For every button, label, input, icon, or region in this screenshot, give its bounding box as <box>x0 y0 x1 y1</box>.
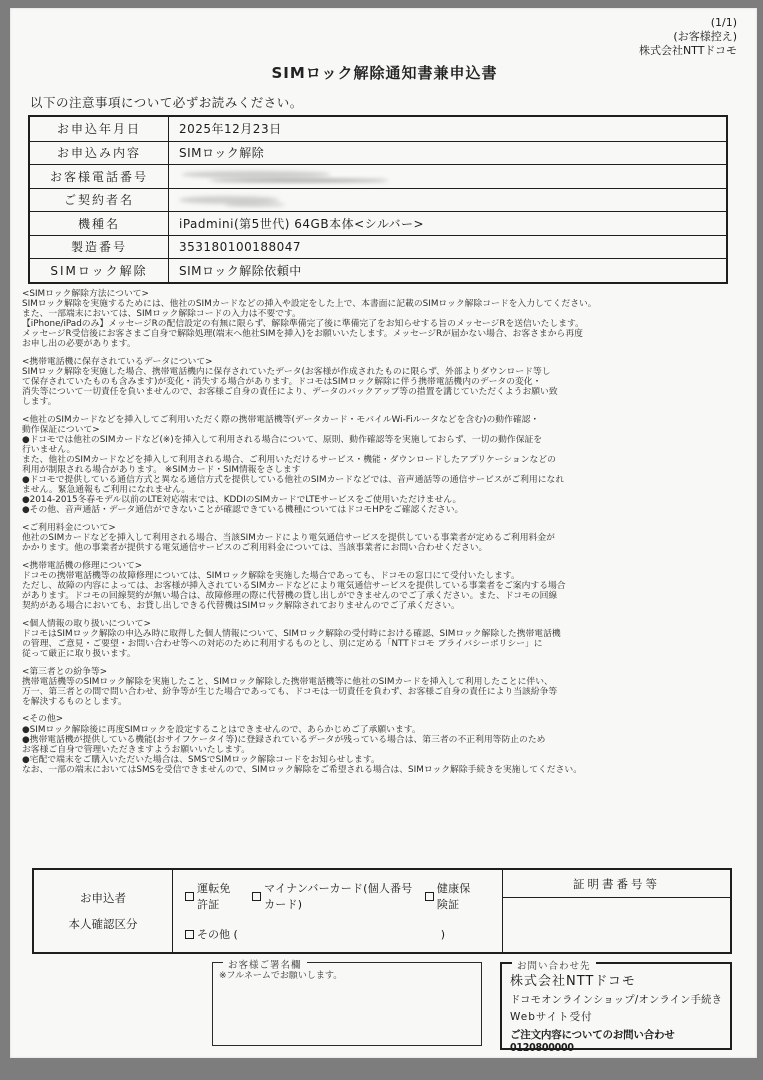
row-label: SIMロック解除 <box>30 259 169 282</box>
signature-box-legend: お客様ご署名欄 <box>223 957 307 971</box>
note-block: <SIMロック解除方法について> SIMロック解除を実施するためには、他社のSI… <box>22 289 743 350</box>
note-block: <携帯電話機の修理について> ドコモの携帯電話機等の故障修理については、SIMロ… <box>22 561 743 611</box>
note-title: <第三者との紛争等> <box>22 667 743 677</box>
redaction-smudge <box>209 179 389 182</box>
row-label: お客様電話番号 <box>30 165 169 188</box>
row-label: 製造番号 <box>30 236 169 259</box>
row-value: 353180100188047 <box>169 236 726 259</box>
document-title: SIMロック解除通知書兼申込書 <box>26 62 743 83</box>
company-name: 株式会社NTTドコモ <box>26 44 737 58</box>
checkbox-icon[interactable] <box>185 892 194 901</box>
note-title: <他社のSIMカードなどを挿入してご利用いただく際の携帯電話機等(データカード・… <box>22 415 743 435</box>
row-label: 機種名 <box>30 212 169 235</box>
table-row: 製造番号 353180100188047 <box>30 235 726 259</box>
row-label: お申込年月日 <box>30 117 169 141</box>
contact-phone: ご注文内容についてのお問い合わせ 0120800000 <box>510 1027 730 1054</box>
note-title: <SIMロック解除方法について> <box>22 289 743 299</box>
note-block: <第三者との紛争等> 携帯電話機等のSIMロック解除を実施したこと、SIMロック… <box>22 667 743 707</box>
contact-box: お問い合わせ先 株式会社NTTドコモ ドコモオンラインショップ/オンライン手続き… <box>500 962 732 1050</box>
applicant-label: お申込者 <box>80 890 126 906</box>
row-value: iPadmini(第5世代) 64GB本体<シルバー> <box>169 212 726 235</box>
certificate-number-header: 証明書番号等 <box>503 870 730 898</box>
contact-method: Webサイト受付 <box>510 1009 730 1024</box>
checkbox-icon[interactable] <box>252 892 261 901</box>
note-body: ドコモはSIMロック解除の申込み時に取得した個人情報について、SIMロック解除の… <box>22 629 743 659</box>
row-value: 2025年12月23日 <box>169 117 726 141</box>
table-row: お申込み内容 SIMロック解除 <box>30 141 726 165</box>
note-body: ドコモの携帯電話機等の故障修理については、SIMロック解除を実施した場合であって… <box>22 571 743 611</box>
row-value: SIMロック解除 <box>169 142 726 165</box>
redaction-smudge <box>181 171 331 178</box>
row-value-redacted <box>169 189 726 212</box>
applicant-label-cell: お申込者 本人確認区分 <box>34 870 173 952</box>
identity-type-label: 本人確認区分 <box>69 916 138 932</box>
page-number: (1/1) <box>26 16 737 30</box>
checkbox-option-drivers-license[interactable]: 運転免許証 <box>185 880 240 912</box>
row-value-redacted <box>169 165 726 188</box>
note-title: <その他> <box>22 714 743 724</box>
note-title: <携帯電話機に保存されているデータについて> <box>22 357 743 367</box>
note-body: 他社のSIMカードなどを挿入して利用される場合、当該SIMカードにより電気通信サ… <box>22 533 743 553</box>
note-title: <個人情報の取り扱いについて> <box>22 619 743 629</box>
identity-verification-table: お申込者 本人確認区分 運転免許証 マイナンバーカード(個人番号カード) 健康保… <box>32 868 732 954</box>
checkbox-icon[interactable] <box>185 930 194 939</box>
contact-box-legend: お問い合わせ先 <box>512 958 596 972</box>
checkbox-icon[interactable] <box>425 892 434 901</box>
note-block: <他社のSIMカードなどを挿入してご利用いただく際の携帯電話機等(データカード・… <box>22 415 743 516</box>
note-body: SIMロック解除を実施するためには、他社のSIMカードなどの挿入や設定をした上で… <box>22 299 743 349</box>
table-row: 機種名 iPadmini(第5世代) 64GB本体<シルバー> <box>30 211 726 235</box>
application-table: お申込年月日 2025年12月23日 お申込み内容 SIMロック解除 お客様電話… <box>28 115 728 284</box>
checkbox-option-mynumber-card[interactable]: マイナンバーカード(個人番号カード) <box>252 880 413 912</box>
row-label: ご契約者名 <box>30 189 169 212</box>
row-value: SIMロック解除依頼中 <box>169 259 726 282</box>
note-body: 携帯電話機等のSIMロック解除を実施したこと、SIMロック解除した携帯電話機等に… <box>22 677 743 707</box>
note-title: <携帯電話機の修理について> <box>22 561 743 571</box>
note-block: <個人情報の取り扱いについて> ドコモはSIMロック解除の申込み時に取得した個人… <box>22 619 743 659</box>
note-block: <その他> ●SIMロック解除後に再度SIMロックを設定することはできませんので… <box>22 714 743 775</box>
row-label: お申込み内容 <box>30 142 169 165</box>
note-body: SIMロック解除を実施した場合、携帯電話機内に保存されていたデータ(お客様が作成… <box>22 367 743 407</box>
signature-box[interactable]: お客様ご署名欄 ※フルネームでお願いします。 <box>212 962 482 1046</box>
notes-section: <SIMロック解除方法について> SIMロック解除を実施するためには、他社のSI… <box>22 289 743 776</box>
table-row: SIMロック解除 SIMロック解除依頼中 <box>30 258 726 282</box>
checkbox-option-health-insurance[interactable]: 健康保険証 <box>425 880 480 912</box>
contact-channel: ドコモオンラインショップ/オンライン手続き <box>510 991 730 1006</box>
id-options-cell: 運転免許証 マイナンバーカード(個人番号カード) 健康保険証 その他 ( ) <box>173 870 502 952</box>
note-body: ●ドコモでは他社のSIMカードなど(※)を挿入して利用される場合について、原則、… <box>22 435 743 516</box>
table-row: ご契約者名 <box>30 188 726 212</box>
note-block: <携帯電話機に保存されているデータについて> SIMロック解除を実施した場合、携… <box>22 357 743 407</box>
note-title: <ご利用料金について> <box>22 523 743 533</box>
checkbox-option-other[interactable]: その他 ( ) <box>185 926 445 942</box>
certificate-number-cell: 証明書番号等 <box>502 870 730 952</box>
contact-company: 株式会社NTTドコモ <box>510 970 730 989</box>
note-block: <ご利用料金について> 他社のSIMカードなどを挿入して利用される場合、当該SI… <box>22 523 743 553</box>
table-row: お客様電話番号 <box>30 164 726 188</box>
certificate-number-field[interactable] <box>503 898 730 952</box>
copy-label: (お客様控え) <box>26 30 737 44</box>
table-row: お申込年月日 2025年12月23日 <box>30 117 726 141</box>
note-body: ●SIMロック解除後に再度SIMロックを設定することはできませんので、あらかじめ… <box>22 725 743 775</box>
redaction-smudge <box>225 202 285 207</box>
instruction-text: 以下の注意事項について必ずお読みください。 <box>30 93 743 111</box>
page-header: (1/1) (お客様控え) 株式会社NTTドコモ <box>26 16 743 58</box>
